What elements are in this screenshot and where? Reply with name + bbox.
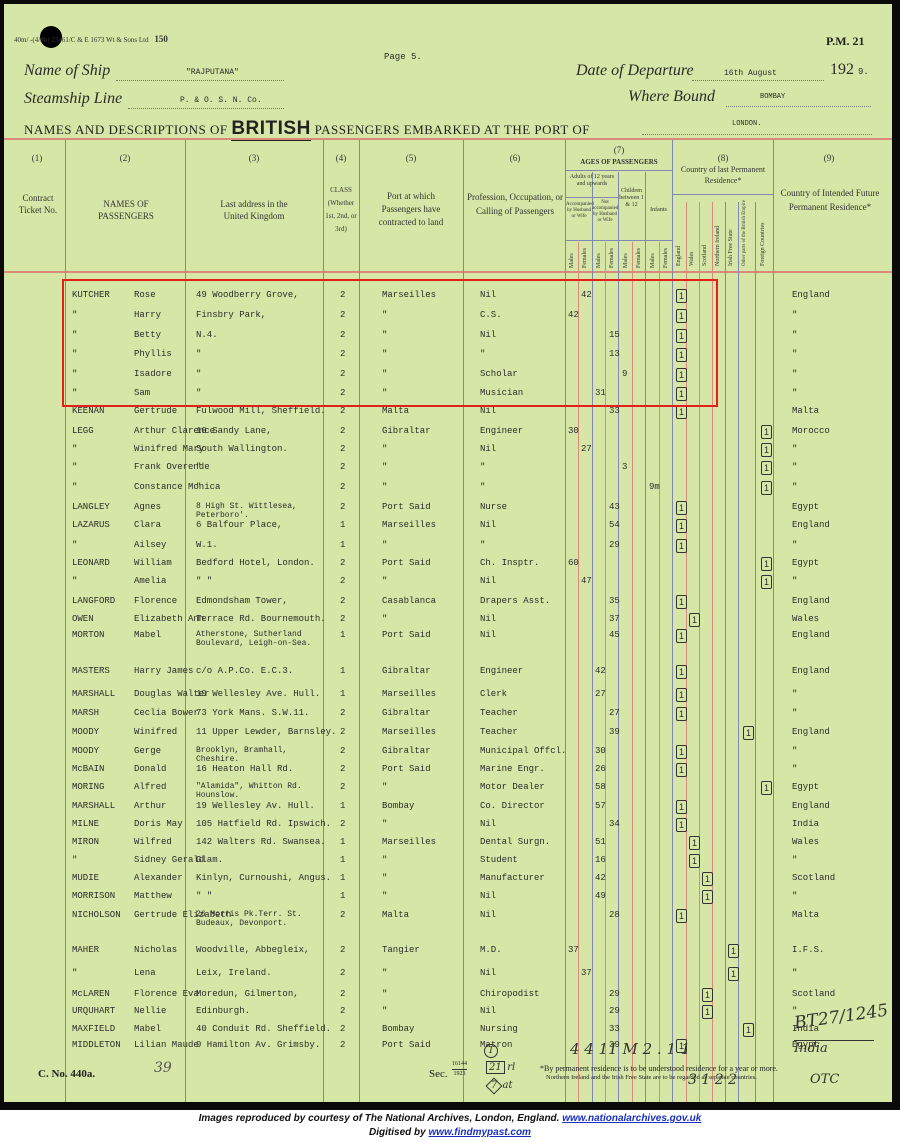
sub-header: Females [663,248,669,268]
col6-header: Profession, Occupation, or Calling of Pa… [466,190,564,218]
col7-number: (7) [566,144,672,156]
passenger-row: McLARENFlorence EvaMoredun, Gilmerton,2"… [4,989,892,1003]
col5-number: (5) [360,152,462,164]
bound-field: BOMBAY [726,92,871,107]
passenger-given-name: Winifred Mary [134,444,204,454]
passenger-address: 11 Upper Lewder, Barnsley. [196,727,336,737]
form-number: C. No. 440a. [38,1068,95,1080]
col7-adults: Adults of 12 years and upwards [566,174,618,188]
residence-tally-mark: 1 [728,944,739,958]
col5-header: Port at which Passengers have contracted… [368,190,454,229]
passenger-future-residence: " [792,482,797,492]
passenger-given-name: Agnes [134,502,161,512]
passenger-class: 2 [340,764,345,774]
passenger-given-name: Gertrude [134,406,177,416]
passenger-address: South Wallington. [196,444,288,454]
passenger-class: 2 [340,945,345,955]
passenger-occupation: Nursing [480,1024,518,1034]
passenger-future-residence: " [792,708,797,718]
passenger-given-name: Nicholas [134,945,177,955]
passenger-future-residence: Egypt [792,502,819,512]
passenger-address: Bedford Hotel, London. [196,558,315,568]
passenger-future-residence: Wales [792,837,819,847]
passenger-row: LEGGArthur Clarence10 Sandy Lane,2Gibral… [4,426,892,440]
passenger-surname: MIRON [72,837,99,847]
passenger-port: " [382,540,387,550]
passenger-address: Brooklyn, Bramhall, Cheshire. [196,746,326,764]
passenger-surname: LANGFORD [72,596,115,606]
sub-header: Scotland [702,245,708,266]
residence-tally-mark: 1 [676,688,687,702]
passenger-age: 47 [581,576,592,586]
passenger-occupation: Nil [480,614,496,624]
passenger-class: 2 [340,444,345,454]
findmypast-link[interactable]: www.findmypast.com [429,1127,531,1138]
handwritten-page-number: 39 [154,1060,172,1076]
passenger-list-page: 40m/ -(4/8b) 23461/C & E 1673 Wt & Sons … [4,4,892,1102]
residence-tally-mark: 1 [728,967,739,981]
sub-header: Females [609,248,615,268]
residence-tally-mark: 1 [676,501,687,515]
passenger-address: Moredun, Gilmerton, [196,989,299,999]
passenger-port: " [382,989,387,999]
residence-tally-mark: 1 [761,557,772,571]
col6-number: (6) [466,152,564,164]
passenger-age: 45 [609,630,620,640]
bound-label: Where Bound [628,88,715,106]
passenger-port: Tangier [382,945,420,955]
passenger-occupation: Nil [480,576,496,586]
sub-header: Males [569,253,575,268]
passenger-age: 58 [595,782,606,792]
col7-children: Children between 1 & 12 [618,188,645,209]
passenger-port: " [382,444,387,454]
passenger-surname: LEONARD [72,558,110,568]
handwritten-otc: OTC [810,1072,839,1087]
passenger-age: 29 [609,540,620,550]
passenger-given-name: Mabel [134,630,161,640]
passenger-given-name: Winifred [134,727,177,737]
passenger-class: 1 [340,666,345,676]
passenger-class: 2 [340,596,345,606]
passenger-port: Bombay [382,801,414,811]
residence-tally-mark: 1 [743,1023,754,1037]
sub-header: Males [650,253,656,268]
passenger-occupation: Nil [480,910,496,920]
passenger-future-residence: Malta [792,406,819,416]
passenger-class: 2 [340,1024,345,1034]
passenger-age: 27 [609,708,620,718]
passenger-row: MARSHCeclia Bower73 York Mans. S.W.11.2G… [4,708,892,722]
passenger-surname: LAZARUS [72,520,110,530]
residence-tally-mark: 1 [689,613,700,627]
passenger-class: 2 [340,614,345,624]
passenger-class: 1 [340,630,345,640]
passenger-occupation: Drapers Asst. [480,596,550,606]
passenger-future-residence: " [792,462,797,472]
passenger-row: LANGFORDFlorenceEdmondsham Tower,2Casabl… [4,596,892,610]
passenger-class: 2 [340,482,345,492]
passenger-given-name: Lena [134,968,156,978]
passenger-future-residence: India [792,819,819,829]
passenger-future-residence: " [792,330,797,340]
passenger-occupation: Nil [480,1006,496,1016]
national-archives-link[interactable]: www.nationalarchives.gov.uk [562,1113,701,1124]
diamond-count: 7 at [488,1080,512,1092]
passenger-surname: MUDIE [72,873,99,883]
passenger-class: 1 [340,540,345,550]
sub-header: Females [636,248,642,268]
passenger-row: OWENElizabeth AnnTerrace Rd. Bournemouth… [4,614,892,628]
highlight-box [62,279,718,407]
passenger-row: MARSHALLDouglas Walter19 Wellesley Ave. … [4,689,892,703]
col9-header: Country of Intended Future Permanent Res… [778,186,882,214]
passenger-class: 2 [340,502,345,512]
passenger-port: Marseilles [382,727,436,737]
sub-header: Northern Ireland [715,226,721,266]
passenger-surname: NICHOLSON [72,910,121,920]
passenger-address: 73 York Mans. S.W.11. [196,708,309,718]
passenger-future-residence: " [792,746,797,756]
passenger-occupation: Nil [480,891,496,901]
passenger-occupation: Manufacturer [480,873,545,883]
residence-tally-mark: 1 [676,745,687,759]
residence-tally-mark: 1 [761,461,772,475]
passenger-row: MAHERNicholasWoodville, Abbegleix,2Tangi… [4,945,892,959]
col9-number: (9) [774,152,884,164]
passenger-port: " [382,891,387,901]
passenger-address: 10 Sandy Lane, [196,426,272,436]
passenger-row: "Frank Overende"2"""31 [4,462,892,476]
print-code: 40m/ -(4/8b) 23461/C & E 1673 Wt & Sons … [14,34,168,44]
port-field: LONDON. [642,120,872,135]
passenger-surname: " [72,462,77,472]
residence-tally-mark: 1 [676,909,687,923]
passenger-future-residence: " [792,349,797,359]
passenger-row: MARSHALLArthur19 Wellesley Av. Hull.1Bom… [4,801,892,815]
residence-tally-mark: 1 [761,575,772,589]
passenger-surname: McLAREN [72,989,110,999]
passenger-age: 30 [568,426,579,436]
passenger-row: MOODYGergeBrooklyn, Bramhall, Cheshire.2… [4,746,892,760]
passenger-age: 60 [568,558,579,568]
passenger-row: LAZARUSClara6 Balfour Place,1MarseillesN… [4,520,892,534]
passenger-port: " [382,968,387,978]
passenger-port: Gibraltar [382,746,431,756]
passenger-age: 35 [609,596,620,606]
passenger-occupation: Ch. Insptr. [480,558,539,568]
sub-header: England [676,246,682,266]
col8-number: (8) [673,152,773,164]
ship-field: "RAJPUTANA" [116,66,284,81]
passenger-occupation: Nil [480,520,496,530]
passenger-future-residence: England [792,630,830,640]
residence-tally-mark: 1 [761,781,772,795]
passenger-occupation: Chiropodist [480,989,539,999]
passenger-row: MIRONWilfred142 Walters Rd. Swansea.1Mar… [4,837,892,851]
passenger-address: Fulwood Mill, Sheffield. [196,406,326,416]
passenger-address: W.1. [196,540,218,550]
passenger-row: URQUHARTNellieEdinburgh.2"Nil"291 [4,1006,892,1020]
passenger-future-residence: " [792,540,797,550]
passenger-class: 2 [340,426,345,436]
passenger-given-name: Wilfred [134,837,172,847]
credits: Images reproduced by courtesy of The Nat… [0,1112,900,1140]
sub-header: Females [582,248,588,268]
passenger-age: 3 [622,462,627,472]
passenger-row: LANGLEYAgnes8 High St. Wittlesea, Peterb… [4,502,892,516]
passenger-address: 9 Hamilton Av. Grimsby. [196,1040,320,1050]
departure-year: 192 9. [830,61,869,79]
departure-label: Date of Departure [576,62,694,80]
form-id: P.M. 21 [826,34,865,49]
passenger-given-name: Alfred [134,782,166,792]
header-bottom-rule [4,271,892,273]
passenger-surname: " [72,855,77,865]
residence-note: *By permanent residence is to be underst… [540,1064,778,1073]
passenger-given-name: Constance Monica [134,482,220,492]
passenger-port: Port Said [382,630,431,640]
handwritten-tally: 4 4 11 M 2 . 1 1 [570,1040,690,1058]
passenger-row: MORINGAlfred"Alamida", Whitton Rd. Houns… [4,782,892,796]
passenger-class: 2 [340,1040,345,1050]
passenger-address: 142 Walters Rd. Swansea. [196,837,326,847]
sec-fraction: 16144 1923 [452,1060,467,1079]
passenger-row: McBAINDonald16 Heaton Hall Rd.2Port Said… [4,764,892,778]
passenger-address: 105 Hatfield Rd. Ipswich. [196,819,331,829]
passenger-class: 1 [340,801,345,811]
passenger-row: NICHOLSONGertrude Elizabeth26 Morris Pk.… [4,910,892,924]
passenger-port: " [382,482,387,492]
passenger-class: 1 [340,855,345,865]
passenger-future-residence: " [792,576,797,586]
passenger-age: 37 [568,945,579,955]
circled-count: 1 [484,1044,498,1058]
passenger-row: "AilseyW.1.1"""291 [4,540,892,554]
passenger-surname: MASTERS [72,666,110,676]
passenger-class: 2 [340,462,345,472]
sub-header: Males [596,253,602,268]
sub-header: Males [623,253,629,268]
passenger-row: MILNEDoris May105 Hatfield Rd. Ipswich.2… [4,819,892,833]
passenger-row: MORRISONMatthew" "1"Nil"491 [4,891,892,905]
passenger-port: " [382,782,387,792]
passenger-future-residence: " [792,444,797,454]
col7-accompanied: Accompanied by Husband or Wife [566,202,592,220]
passenger-address: 26 Morris Pk.Terr. St. Budeaux, Devonpor… [196,910,326,928]
passenger-surname: MORING [72,782,104,792]
col3-header: Last address in the United Kingdom [209,198,299,222]
passenger-surname: URQUHART [72,1006,115,1016]
passenger-surname: " [72,968,77,978]
passenger-surname: " [72,444,77,454]
passenger-future-residence: Egypt [792,782,819,792]
passenger-future-residence: " [792,369,797,379]
passenger-port: Port Said [382,502,431,512]
passenger-future-residence: England [792,727,830,737]
passenger-occupation: Dental Surgn. [480,837,550,847]
passenger-class: 1 [340,837,345,847]
page-number: Page 5. [384,52,422,62]
passenger-given-name: William [134,558,172,568]
passenger-age: 43 [609,502,620,512]
passenger-age: 37 [609,614,620,624]
passenger-given-name: Gerge [134,746,161,756]
passenger-address: Kinlyn, Curnoushi, Angus. [196,873,331,883]
col7-header: AGES OF PASSENGERS [566,156,672,168]
passenger-surname: MORTON [72,630,104,640]
passenger-occupation: " [480,482,485,492]
passenger-port: " [382,819,387,829]
passenger-surname: MARSHALL [72,801,115,811]
col1-header: Contract Ticket No. [18,192,58,216]
col7-sub-rule [566,240,672,241]
passenger-port: Gibraltar [382,708,431,718]
residence-tally-mark: 1 [676,818,687,832]
col7-rule [566,170,672,171]
passenger-row: MAXFIELDMabel40 Conduit Rd. Sheffield.2B… [4,1024,892,1038]
passenger-port: Marseilles [382,689,436,699]
passenger-row: "Amelia" "2"Nil"471 [4,576,892,590]
sec-label: Sec. [429,1068,448,1080]
passenger-port: Port Said [382,1040,431,1050]
passenger-surname: MOODY [72,746,99,756]
passenger-given-name: Ceclia Bower [134,708,199,718]
ship-label: Name of Ship [24,62,110,80]
passenger-class: 2 [340,819,345,829]
passenger-occupation: Nil [480,819,496,829]
passenger-port: Bombay [382,1024,414,1034]
document-title: NAMES AND DESCRIPTIONS OF BRITISH PASSEN… [24,118,590,140]
residence-tally-mark: 1 [702,1005,713,1019]
line-field: P. & O. S. N. Co. [128,94,284,109]
passenger-row: MUDIEAlexanderKinlyn, Curnoushi, Angus.1… [4,873,892,887]
passenger-row: "Constance Monica"2"""9m1 [4,482,892,496]
passenger-age: 37 [581,968,592,978]
passenger-future-residence: " [792,891,797,901]
passenger-occupation: Marine Engr. [480,764,545,774]
passenger-surname: " [72,576,77,586]
passenger-age: 42 [595,666,606,676]
passenger-class: 2 [340,708,345,718]
passenger-age: 27 [581,444,592,454]
passenger-port: Casablanca [382,596,436,606]
col7-adults-rule [566,197,618,198]
passenger-surname: MARSHALL [72,689,115,699]
passenger-occupation: Co. Director [480,801,545,811]
passenger-future-residence: Egypt [792,558,819,568]
passenger-port: " [382,614,387,624]
passenger-address: Edmondsham Tower, [196,596,288,606]
passenger-address: Glam. [196,855,223,865]
passenger-class: 2 [340,968,345,978]
table-top-rule [4,138,892,140]
passenger-port: Marseilles [382,520,436,530]
residence-tally-mark: 1 [689,836,700,850]
passenger-age: 27 [595,689,606,699]
residence-tally-mark: 1 [676,707,687,721]
passenger-class: 1 [340,891,345,901]
passenger-age: 34 [609,819,620,829]
passenger-row: MORTONMabelAtherstone, Sutherland Boulev… [4,630,892,644]
passenger-port: Port Said [382,558,431,568]
passenger-row: "Sidney GeraldGlam.1"Student"161 [4,855,892,869]
passenger-class: 2 [340,727,345,737]
passenger-address: Woodville, Abbegleix, [196,945,309,955]
passenger-age: 29 [609,1006,620,1016]
passenger-row: "Winifred MarySouth Wallington.2"Nil"271 [4,444,892,458]
passenger-future-residence: Wales [792,614,819,624]
passenger-address: 40 Conduit Rd. Sheffield. [196,1024,331,1034]
passenger-future-residence: Scotland [792,989,835,999]
col2-number: (2) [66,152,184,164]
passenger-age: 49 [595,891,606,901]
passenger-port: Gibraltar [382,666,431,676]
passenger-row: "LenaLeix, Ireland.2"Nil"371 [4,968,892,982]
passenger-future-residence: England [792,290,830,300]
residence-tally-mark: 1 [702,890,713,904]
passenger-future-residence: England [792,666,830,676]
passenger-row: LEONARDWilliamBedford Hotel, London.2Por… [4,558,892,572]
passenger-future-residence: England [792,596,830,606]
sub-header: Wales [689,251,695,266]
passenger-surname: " [72,482,77,492]
residence-tally-mark: 1 [761,481,772,495]
residence-tally-mark: 1 [761,425,772,439]
passenger-given-name: Elizabeth Ann [134,614,204,624]
passenger-given-name: Doris May [134,819,183,829]
line-label: Steamship Line [24,90,122,108]
passenger-surname: MIDDLETON [72,1040,121,1050]
passenger-age: 51 [595,837,606,847]
passenger-given-name: Nellie [134,1006,166,1016]
passenger-future-residence: " [792,310,797,320]
passenger-surname: MARSH [72,708,99,718]
sub-header: Irish Free State [728,229,734,266]
passenger-surname: MOODY [72,727,99,737]
passenger-age: 42 [595,873,606,883]
passenger-occupation: Student [480,855,518,865]
sub-header: Foreign Countries [760,223,766,267]
passenger-address: 8 High St. Wittlesea, Peterboro'. [196,502,326,520]
passenger-occupation: Clerk [480,689,507,699]
passenger-future-residence: " [792,764,797,774]
passenger-surname: MORRISON [72,891,115,901]
passenger-row: KEENANGertrudeFulwood Mill, Sheffield.2M… [4,406,892,420]
col3-number: (3) [186,152,322,164]
residence-tally-mark: 1 [676,539,687,553]
passenger-class: 1 [340,873,345,883]
handwritten-india: India [794,1040,874,1056]
passenger-address: c/o A.P.Co. E.C.3. [196,666,293,676]
passenger-future-residence: Scotland [792,873,835,883]
passenger-port: " [382,462,387,472]
passenger-surname: MAHER [72,945,99,955]
passenger-address: " " [196,891,212,901]
passenger-address: Leix, Ireland. [196,968,272,978]
passenger-surname: LEGG [72,426,94,436]
passenger-age: 33 [609,1024,620,1034]
passenger-row: MASTERSHarry Jamesc/o A.P.Co. E.C.3.1Gib… [4,666,892,680]
passenger-address: " [196,462,201,472]
passenger-occupation: Nil [480,630,496,640]
col2-header: NAMES OF PASSENGERS [86,198,166,222]
residence-tally-mark: 1 [676,665,687,679]
passenger-surname: OWEN [72,614,94,624]
passenger-surname: MILNE [72,819,99,829]
passenger-future-residence: I.F.S. [792,945,824,955]
passenger-port: Malta [382,406,409,416]
